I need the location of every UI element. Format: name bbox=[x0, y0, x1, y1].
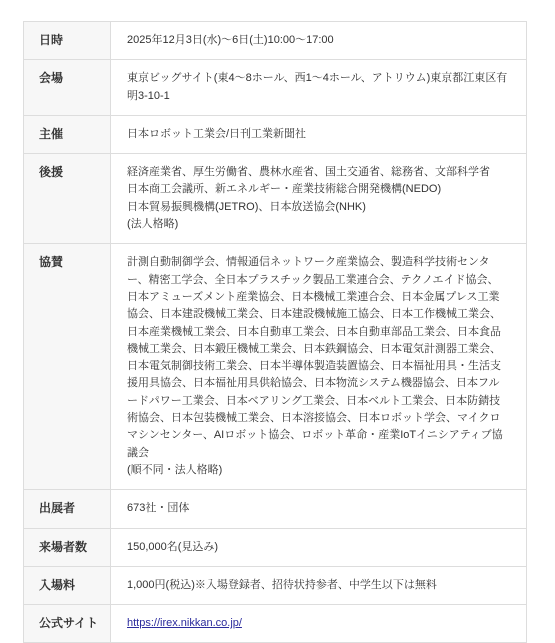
table-row-visitors: 来場者数 150,000名(見込み) bbox=[24, 528, 527, 566]
event-info-table: 日時 2025年12月3日(水)〜6日(土)10:00〜17:00 会場 東京ビ… bbox=[23, 21, 527, 643]
row-value-visitors: 150,000名(見込み) bbox=[111, 528, 527, 566]
row-value-support: 経済産業省、厚生労働省、農林水産省、国土交通省、総務省、文部科学省 日本商工会議… bbox=[111, 154, 527, 244]
row-label-datetime: 日時 bbox=[24, 22, 111, 60]
table-row-website: 公式サイト https://irex.nikkan.co.jp/ bbox=[24, 605, 527, 643]
row-label-exhibitors: 出展者 bbox=[24, 490, 111, 528]
page: 日時 2025年12月3日(水)〜6日(土)10:00〜17:00 会場 東京ビ… bbox=[0, 0, 555, 643]
table-row-sponsors: 協賛 計測自動制御学会、情報通信ネットワーク産業協会、製造科学技術センター、精密… bbox=[24, 244, 527, 490]
row-value-website: https://irex.nikkan.co.jp/ bbox=[111, 605, 527, 643]
row-label-visitors: 来場者数 bbox=[24, 528, 111, 566]
row-label-support: 後援 bbox=[24, 154, 111, 244]
row-value-sponsors: 計測自動制御学会、情報通信ネットワーク産業協会、製造科学技術センター、精密工学会… bbox=[111, 244, 527, 490]
row-label-organizer: 主催 bbox=[24, 115, 111, 153]
row-value-admission: 1,000円(税込)※入場登録者、招待状持参者、中学生以下は無料 bbox=[111, 566, 527, 604]
row-label-sponsors: 協賛 bbox=[24, 244, 111, 490]
table-row-venue: 会場 東京ビッグサイト(東4〜8ホール、西1〜4ホール、アトリウム)東京都江東区… bbox=[24, 60, 527, 116]
table-row-exhibitors: 出展者 673社・団体 bbox=[24, 490, 527, 528]
row-label-venue: 会場 bbox=[24, 60, 111, 116]
table-row-datetime: 日時 2025年12月3日(水)〜6日(土)10:00〜17:00 bbox=[24, 22, 527, 60]
row-value-datetime: 2025年12月3日(水)〜6日(土)10:00〜17:00 bbox=[111, 22, 527, 60]
row-value-exhibitors: 673社・団体 bbox=[111, 490, 527, 528]
row-value-organizer: 日本ロボット工業会/日刊工業新聞社 bbox=[111, 115, 527, 153]
row-value-venue: 東京ビッグサイト(東4〜8ホール、西1〜4ホール、アトリウム)東京都江東区有明3… bbox=[111, 60, 527, 116]
row-label-website: 公式サイト bbox=[24, 605, 111, 643]
table-row-admission: 入場料 1,000円(税込)※入場登録者、招待状持参者、中学生以下は無料 bbox=[24, 566, 527, 604]
table-row-organizer: 主催 日本ロボット工業会/日刊工業新聞社 bbox=[24, 115, 527, 153]
row-label-admission: 入場料 bbox=[24, 566, 111, 604]
table-row-support: 後援 経済産業省、厚生労働省、農林水産省、国土交通省、総務省、文部科学省 日本商… bbox=[24, 154, 527, 244]
official-site-link[interactable]: https://irex.nikkan.co.jp/ bbox=[127, 617, 242, 629]
